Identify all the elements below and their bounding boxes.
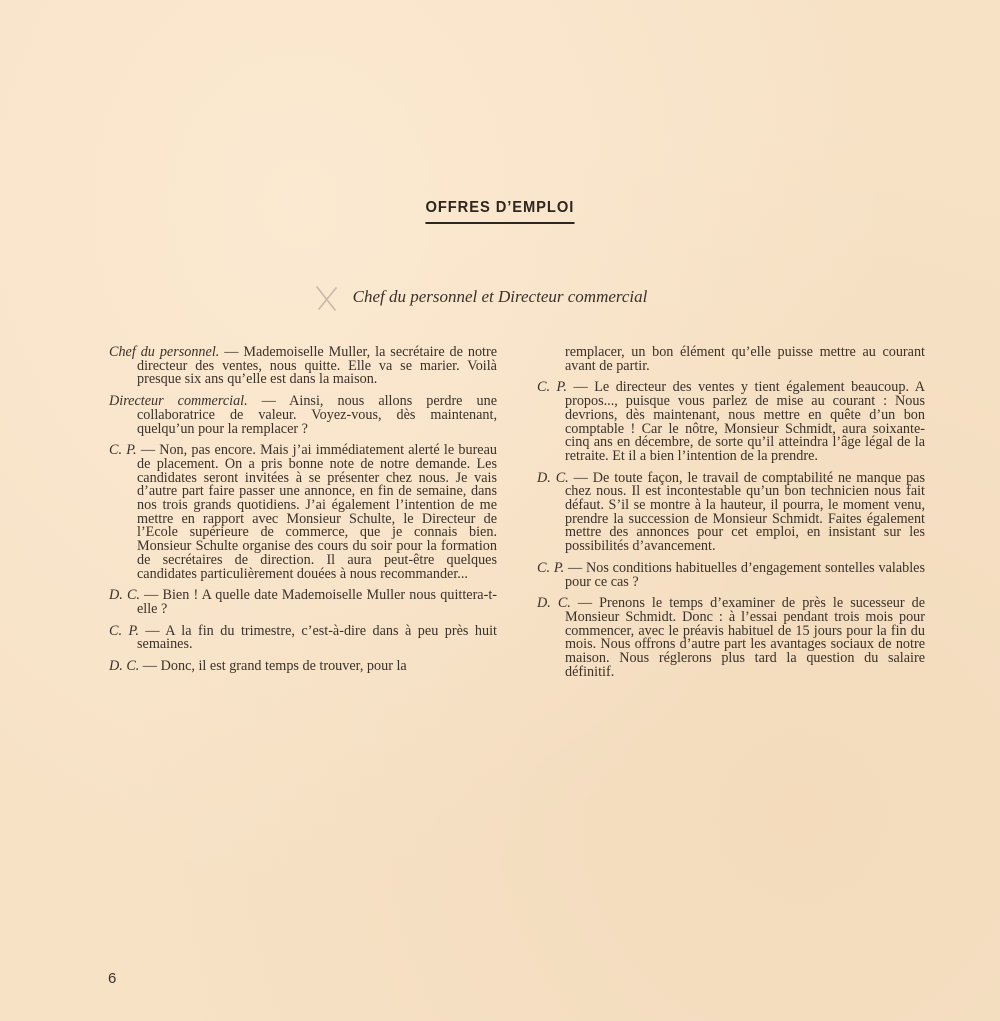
page-number: 6	[108, 970, 116, 987]
left-column: Chef du personnel. — Mademoiselle Muller…	[109, 346, 497, 682]
dialogue-paragraph: Directeur commercial. — Ainsi, nous allo…	[109, 395, 497, 436]
speaker-label: D. C.	[537, 470, 569, 486]
dialogue-text: — A la fin du trimestre, c’est-à-dire da…	[137, 623, 497, 653]
dialogue-text: — Nos conditions habituelles d’engagemen…	[564, 560, 925, 590]
section-subtitle: Chef du personnel et Directeur commercia…	[0, 287, 1000, 307]
dialogue-text: — Le directeur des ventes y tient égalem…	[565, 379, 925, 464]
dialogue-paragraph: D. C. — Bien ! A quelle date Mademoisell…	[109, 589, 497, 616]
dialogue-paragraph: C. P. — A la fin du trimestre, c’est-à-d…	[109, 625, 497, 652]
dialogue-paragraph: C. P. — Nos conditions habituelles d’eng…	[537, 562, 925, 589]
speaker-label: C. P.	[109, 623, 139, 639]
page-title-container: OFFRES D’EMPLOI	[0, 199, 1000, 224]
dialogue-paragraph: D. C. — Prenons le temps d’examiner de p…	[537, 597, 925, 679]
dialogue-text: — Prenons le temps d’examiner de près le…	[565, 595, 925, 680]
dialogue-paragraph: C. P. — Non, pas encore. Mais j’ai imméd…	[109, 444, 497, 581]
dialogue-text: — Non, pas encore. Mais j’ai immédiateme…	[137, 442, 497, 581]
dialogue-paragraph: D. C. — Donc, il est grand temps de trou…	[109, 660, 497, 674]
dialogue-paragraph: Chef du personnel. — Mademoiselle Muller…	[109, 346, 497, 387]
dialogue-continuation: remplacer, un bon élément qu’elle puisse…	[537, 346, 925, 373]
right-column: remplacer, un bon élément qu’elle puisse…	[537, 346, 925, 687]
speaker-label: C. P.	[109, 442, 137, 458]
speaker-label: C. P.	[537, 560, 564, 576]
speaker-label: D. C.	[109, 587, 140, 603]
dialogue-text: — Bien ! A quelle date Mademoiselle Mull…	[137, 587, 497, 617]
speaker-label: D. C.	[109, 658, 139, 674]
dialogue-text: — Donc, il est grand temps de trouver, p…	[139, 658, 406, 674]
page-title: OFFRES D’EMPLOI	[426, 199, 575, 224]
dialogue-text: — De toute façon, le travail de comptabi…	[565, 470, 925, 555]
dialogue-paragraph: D. C. — De toute façon, le travail de co…	[537, 472, 925, 554]
speaker-label: C. P.	[537, 379, 567, 395]
dialogue-paragraph: C. P. — Le directeur des ventes y tient …	[537, 381, 925, 463]
